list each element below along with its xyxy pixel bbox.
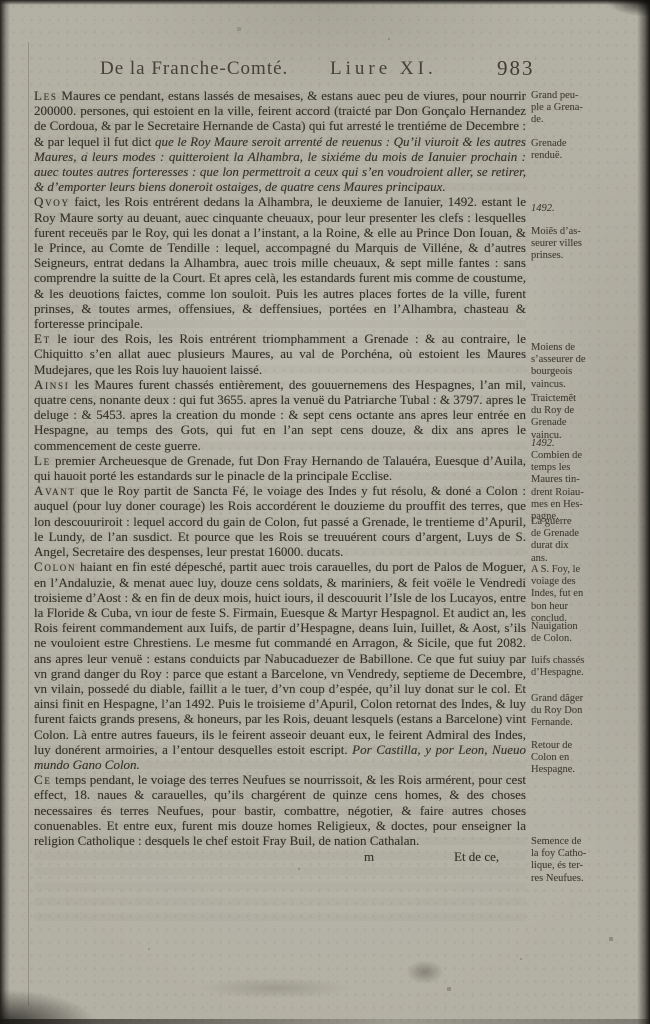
margin-note-grand-peuple: Grand peu- ple a Grena- de.: [531, 90, 583, 127]
body-text: premier Archeuesque de Grenade, fut Don …: [34, 453, 526, 483]
margin-note-moiens-villes: Moiẽs d’as- seurer villes prinses.: [531, 226, 582, 263]
paragraph-kings-triumph: Et le iour des Rois, les Rois entrérent …: [34, 331, 526, 377]
margin-note-semence-foy: Semence de la foy Catho- lique, és ter- …: [531, 836, 586, 885]
scan-edge-gutter-left: [0, 0, 10, 1024]
margin-note-retour-colon: Retour de Colon en Hespagne.: [531, 740, 575, 777]
lead-word: Et: [34, 331, 51, 346]
margin-note-year-1492-b: 1492.: [531, 438, 555, 450]
margin-note-iuifs-chasses: Iuifs chassés d’Hespagne.: [531, 655, 584, 679]
lead-word: Le: [34, 453, 51, 468]
paragraph-columbus-voyage: Colon haiant en fin esté dépesché, parti…: [34, 559, 526, 772]
margin-note-sainte-foy: A S. Foy, le voiage des Indes, fut en bo…: [531, 564, 583, 625]
paragraph-indies-voyage-resolved: Avant que le Roy partit de Sancta Fé, le…: [34, 483, 526, 559]
body-text: faict, les Rois entrérent dedans la Alha…: [34, 194, 526, 331]
margin-note-traictement-roy: Traictemẽt du Roy de Grenade vaincu.: [531, 393, 576, 442]
scan-corner-top-right: [608, 0, 650, 16]
margin-note-year-1492-a: 1492.: [531, 203, 555, 215]
book-page-scan: De la Franche-Comté. Liure XI. 983 Les M…: [0, 0, 650, 1024]
lead-word: Colon: [34, 559, 76, 574]
scan-edge-right: [637, 0, 650, 1024]
lead-word: Ainsi: [34, 377, 69, 392]
scan-edge-bottom: [0, 1019, 650, 1024]
signature-row: m Et de ce,: [34, 849, 526, 867]
lead-word: Qvoy: [34, 194, 70, 209]
running-book-title: Liure XI.: [330, 58, 437, 80]
scan-edge-top: [0, 0, 650, 5]
margin-note-guerre-grenade: La guerre de Grenade durat dix ans.: [531, 516, 579, 565]
paragraph-entry-alhambra: Qvoy faict, les Rois entrérent dedans la…: [34, 194, 526, 331]
lead-word: Les: [34, 88, 58, 103]
catchword: Et de ce,: [454, 849, 499, 864]
margin-note-moiens-bourgeois: Moiens de s’asseurer de bourgeois vaincu…: [531, 342, 586, 391]
running-title: De la Franche-Comté.: [100, 58, 288, 80]
ink-smudge: [406, 960, 444, 984]
body-text: temps pendant, le voiage des terres Neuf…: [34, 772, 526, 848]
margin-rule-line: [28, 42, 29, 1006]
paragraph-first-archbishop: Le premier Archeuesque de Grenade, fut D…: [34, 453, 526, 483]
paragraph-moors-accord: Les Maures ce pendant, estans lassés de …: [34, 88, 526, 194]
signature-mark: m: [364, 849, 374, 864]
margin-note-combien-temps: Combien de temps les Maures tin- drent R…: [531, 450, 584, 523]
margin-note-grenade-rendue: Grenade renduë.: [531, 138, 567, 162]
lead-word: Avant: [34, 483, 76, 498]
paragraph-moors-expelled: Ainsi les Maures furent chassés entièrem…: [34, 377, 526, 453]
paragraph-new-lands-fleet: Ce temps pendant, le voiage des terres N…: [34, 772, 526, 848]
paper-stain: [200, 978, 350, 998]
body-text: haiant en fin esté dépesché, partit auec…: [34, 559, 526, 756]
body-text: le iour des Rois, les Rois entrérent tri…: [34, 331, 526, 376]
margin-note-danger-roy: Grand dãger du Roy Don Fernande.: [531, 693, 583, 730]
page-number: 983: [497, 56, 535, 81]
main-text-block: Les Maures ce pendant, estans lassés de …: [34, 88, 526, 867]
margin-note-nauigation-colon: Nauigation de Colon.: [531, 621, 578, 645]
paper-specks: [0, 0, 2, 2]
body-text: les Maures furent chassés entièrement, d…: [34, 377, 526, 453]
lead-word: Ce: [34, 772, 52, 787]
body-text: que le Roy partit de Sancta Fé, le voiag…: [34, 483, 526, 559]
